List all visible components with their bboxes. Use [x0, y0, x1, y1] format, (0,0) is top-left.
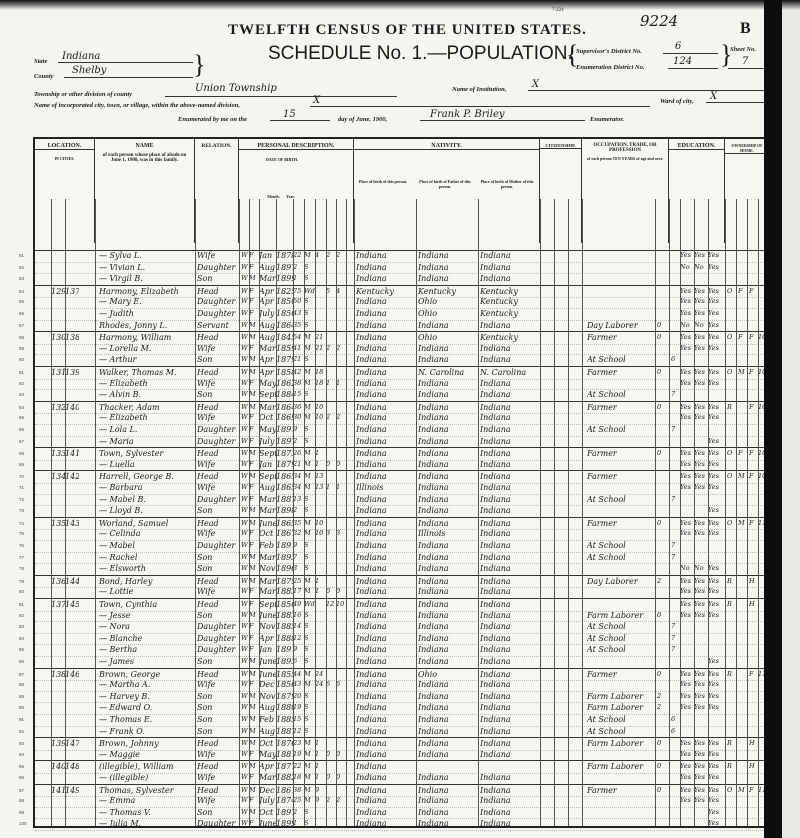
- cell-occupation: At School: [587, 354, 655, 366]
- cell-age: 1: [293, 273, 304, 285]
- cell-relation: Daughter: [197, 262, 237, 274]
- line-number: 88: [19, 679, 24, 691]
- cell-name: — Sylva L.: [99, 250, 193, 262]
- cell-write: Yes: [694, 296, 708, 308]
- cell-color: W: [241, 586, 249, 598]
- cell-sex: M: [249, 691, 258, 703]
- cell-relation: Wife: [197, 679, 237, 691]
- cell-mother-of: 0: [326, 772, 336, 784]
- cell-name: — Mabel B.: [99, 494, 193, 506]
- cell-month: Feb: [259, 540, 276, 552]
- cell-year: 1891: [276, 644, 293, 656]
- county-underline: [64, 77, 193, 78]
- cell-write: Yes: [694, 586, 708, 598]
- cell-sex: M: [249, 563, 258, 575]
- cell-birth: Indiana: [356, 691, 416, 703]
- cell-months-unemp: 2: [657, 691, 667, 703]
- cell-birth: Indiana: [356, 726, 416, 738]
- cell-read: Yes: [680, 250, 694, 262]
- cell-marital: S: [304, 726, 315, 738]
- cell-year: 1899: [276, 273, 293, 285]
- cell-living: 0: [336, 459, 346, 471]
- cell-name: — Lorella M.: [99, 343, 193, 355]
- cell-english: Yes: [708, 482, 722, 494]
- cell-living: 2: [336, 250, 346, 262]
- cell-living: 0: [336, 586, 346, 598]
- cell-relation: Son: [197, 691, 237, 703]
- cell-month: July: [259, 308, 276, 320]
- cell-age: 9: [293, 540, 304, 552]
- enumeration-label: Enumeration District No.: [576, 64, 644, 71]
- cell-write: No: [694, 563, 708, 575]
- line-number: 62: [19, 378, 24, 390]
- cell-name: — Luella: [99, 459, 193, 471]
- cell-english: Yes: [708, 528, 722, 540]
- cell-relation: Daughter: [197, 644, 237, 656]
- column-rule: [540, 199, 541, 826]
- institution-value: X: [532, 79, 539, 90]
- cell-read: Yes: [680, 610, 694, 622]
- cell-birth: Indiana: [356, 378, 416, 390]
- cell-months-unemp: 2: [657, 702, 667, 714]
- cell-read: No: [680, 262, 694, 274]
- cell-write: Yes: [694, 459, 708, 471]
- column-rule: [680, 199, 681, 826]
- cell-mother-birth: Indiana: [480, 726, 540, 738]
- cell-english: Yes: [708, 691, 722, 703]
- cell-marital: S: [304, 505, 315, 517]
- cell-birth: Indiana: [356, 540, 416, 552]
- cell-sex: F: [249, 296, 258, 308]
- cell-living: 1: [336, 482, 346, 494]
- column-rule: [694, 199, 695, 826]
- cell-english: Yes: [708, 262, 722, 274]
- cell-yrs-married: 1: [315, 772, 325, 784]
- cell-marital: M: [304, 412, 315, 424]
- cell-name: — (illegible): [99, 772, 193, 784]
- ward-label: Ward of city,: [660, 98, 694, 105]
- cell-color: W: [241, 610, 249, 622]
- cell-month: June: [259, 818, 276, 830]
- cell-write: Yes: [694, 482, 708, 494]
- cell-month: Jan: [259, 459, 276, 471]
- cell-occupation: At School: [587, 621, 655, 633]
- cell-age: 2: [293, 262, 304, 274]
- cell-sex: M: [249, 505, 258, 517]
- line-number: 86: [19, 656, 24, 668]
- cell-write: Yes: [694, 702, 708, 714]
- cell-age: 14: [293, 621, 304, 633]
- cell-father-birth: Indiana: [418, 644, 478, 656]
- cell-color: W: [241, 749, 249, 761]
- column-rule: [655, 199, 656, 826]
- cell-month: Mar: [259, 343, 276, 355]
- cell-month: Mar: [259, 552, 276, 564]
- cell-color: W: [241, 540, 249, 552]
- cell-yrs-married: 18: [315, 378, 325, 390]
- cell-father-birth: Indiana: [418, 262, 478, 274]
- cell-birth: Indiana: [356, 343, 416, 355]
- cell-year: 1878: [276, 250, 293, 262]
- cell-yrs-married: 1: [315, 459, 325, 471]
- cell-color: W: [241, 726, 249, 738]
- cell-father-birth: Indiana: [418, 795, 478, 807]
- cell-english: Yes: [708, 818, 722, 830]
- cell-birth: Indiana: [356, 424, 416, 436]
- cell-mother-birth: Kentucky: [480, 308, 540, 320]
- cell-birth: Indiana: [356, 262, 416, 274]
- cell-name: — Celinda: [99, 528, 193, 540]
- table-row: 100— Julia M.DaughterWFJune18991SIndiana…: [35, 818, 769, 831]
- cell-father-birth: Indiana: [418, 250, 478, 262]
- cell-month: Oct: [259, 412, 276, 424]
- cell-father-birth: Indiana: [418, 552, 478, 564]
- cell-year: 1879: [276, 691, 293, 703]
- cell-sex: F: [249, 818, 258, 830]
- cell-name: — Maggie: [99, 749, 193, 761]
- cell-read: Yes: [680, 749, 694, 761]
- cell-age: 16: [293, 610, 304, 622]
- cell-write: Yes: [694, 308, 708, 320]
- cell-occupation: At School: [587, 552, 655, 564]
- cell-relation: Son: [197, 563, 237, 575]
- cell-english: Yes: [708, 749, 722, 761]
- cell-month: Oct: [259, 528, 276, 540]
- cell-age: 1: [293, 818, 304, 830]
- population-table: LOCATION. IN CITIES. NAME of each person…: [33, 137, 771, 828]
- cell-english: Yes: [708, 459, 722, 471]
- cell-age: 9: [293, 424, 304, 436]
- cell-occupation: Farm Laborer: [587, 702, 655, 714]
- cell-school: 7: [671, 424, 679, 436]
- cell-sex: F: [249, 586, 258, 598]
- ward-value: X: [710, 91, 717, 102]
- cell-sex: M: [249, 807, 258, 819]
- line-number: 69: [19, 459, 24, 471]
- cell-yrs-married: 1: [315, 749, 325, 761]
- cell-month: July: [259, 795, 276, 807]
- enumerator-label: Enumerator.: [590, 116, 624, 123]
- cell-marital: S: [304, 633, 315, 645]
- cell-occupation: At School: [587, 633, 655, 645]
- cell-yrs-married: 1: [315, 586, 325, 598]
- cell-color: W: [241, 273, 249, 285]
- cell-living: 6: [336, 679, 346, 691]
- cell-mother-birth: Indiana: [480, 250, 540, 262]
- cell-age: 2: [293, 807, 304, 819]
- enumerated-day-underline: [270, 120, 330, 121]
- cell-year: 1867: [276, 528, 293, 540]
- cell-father-birth: Indiana: [418, 772, 478, 784]
- column-rule: [259, 199, 260, 826]
- cell-relation: Daughter: [197, 818, 237, 830]
- cell-mother-birth: Indiana: [480, 702, 540, 714]
- institution-label: Name of Institution,: [452, 86, 506, 93]
- cell-name: — Elizabeth: [99, 378, 193, 390]
- incorporated-label: Name of incorporated city, town, or vill…: [34, 102, 240, 109]
- cell-english: Yes: [708, 296, 722, 308]
- cell-marital: S: [304, 714, 315, 726]
- cell-birth: Indiana: [356, 459, 416, 471]
- cell-name: — Lloyd B.: [99, 505, 193, 517]
- cell-month: Mar: [259, 494, 276, 506]
- cell-age: 41: [293, 343, 304, 355]
- cell-mother-birth: Indiana: [480, 772, 540, 784]
- cell-relation: Son: [197, 656, 237, 668]
- cell-mother-birth: Indiana: [480, 563, 540, 575]
- cell-english: Yes: [708, 656, 722, 668]
- cell-sex: F: [249, 343, 258, 355]
- cell-father-birth: Indiana: [418, 412, 478, 424]
- cell-color: W: [241, 552, 249, 564]
- cell-marital: S: [304, 656, 315, 668]
- cell-age: 21: [293, 459, 304, 471]
- cell-months-unemp: 0: [657, 610, 667, 622]
- cell-birth: Indiana: [356, 308, 416, 320]
- cell-relation: Son: [197, 552, 237, 564]
- cell-occupation: At School: [587, 389, 655, 401]
- cell-occupation: At School: [587, 726, 655, 738]
- cell-relation: Wife: [197, 250, 237, 262]
- cell-read: Yes: [680, 378, 694, 390]
- column-rule: [336, 199, 337, 826]
- cell-father-birth: Indiana: [418, 714, 478, 726]
- cell-sex: F: [249, 679, 258, 691]
- cell-birth: Illinois: [356, 482, 416, 494]
- column-rule: [568, 199, 569, 826]
- cell-relation: Son: [197, 354, 237, 366]
- cell-marital: M: [304, 459, 315, 471]
- cell-color: W: [241, 795, 249, 807]
- sheet-value: 7: [742, 56, 748, 67]
- cell-write: Yes: [694, 691, 708, 703]
- supervisor-label: Supervisor's District No.: [576, 48, 642, 55]
- cell-mother-of: 3: [326, 528, 336, 540]
- cell-color: W: [241, 250, 249, 262]
- cell-age: 9: [293, 644, 304, 656]
- cell-month: Mar: [259, 586, 276, 598]
- cell-year: 1885: [276, 714, 293, 726]
- cell-year: 1882: [276, 772, 293, 784]
- line-number: 77: [19, 552, 24, 564]
- cell-month: June: [259, 656, 276, 668]
- cell-year: 1893: [276, 656, 293, 668]
- line-number: 71: [19, 482, 24, 494]
- cell-color: W: [241, 343, 249, 355]
- cell-mother-of: 0: [326, 749, 336, 761]
- cell-birth: Indiana: [356, 412, 416, 424]
- cell-age: 38: [293, 378, 304, 390]
- cell-sex: F: [249, 262, 258, 274]
- cell-relation: Wife: [197, 772, 237, 784]
- column-rule: [95, 199, 96, 826]
- cell-color: W: [241, 296, 249, 308]
- cell-write: Yes: [694, 412, 708, 424]
- line-number: 85: [19, 644, 24, 656]
- column-rule: [747, 199, 748, 826]
- cell-year: 1856: [276, 308, 293, 320]
- cell-relation: Wife: [197, 749, 237, 761]
- cell-name: — Bertha: [99, 644, 193, 656]
- cell-birth: Indiana: [356, 494, 416, 506]
- cell-relation: Son: [197, 389, 237, 401]
- column-rule: [326, 199, 327, 826]
- cell-age: 34: [293, 482, 304, 494]
- cell-color: W: [241, 459, 249, 471]
- cell-age: 18: [293, 772, 304, 784]
- cell-month: Nov: [259, 621, 276, 633]
- cell-relation: Son: [197, 714, 237, 726]
- cell-mother-of: 6: [326, 679, 336, 691]
- cell-mother-birth: Indiana: [480, 320, 540, 332]
- cell-month: May: [259, 378, 276, 390]
- cell-mother-birth: Indiana: [480, 482, 540, 494]
- cell-marital: M: [304, 482, 315, 494]
- cell-read: No: [680, 320, 694, 332]
- cell-year: 1850: [276, 296, 293, 308]
- cell-age: 17: [293, 586, 304, 598]
- cell-age: 19: [293, 749, 304, 761]
- cell-relation: Daughter: [197, 633, 237, 645]
- cell-mother-birth: Indiana: [480, 273, 540, 285]
- cell-relation: Son: [197, 726, 237, 738]
- cell-father-birth: Indiana: [418, 679, 478, 691]
- line-number: 91: [19, 714, 24, 726]
- cell-mother-of: 2: [326, 795, 336, 807]
- cell-relation: Daughter: [197, 494, 237, 506]
- cell-sex: F: [249, 795, 258, 807]
- cell-relation: Daughter: [197, 621, 237, 633]
- cell-month: July: [259, 436, 276, 448]
- cell-name: — Rachel: [99, 552, 193, 564]
- supervisor-value: 6: [675, 41, 681, 52]
- cell-name: — Maria: [99, 436, 193, 448]
- cell-school: 6: [671, 354, 679, 366]
- cell-sex: F: [249, 412, 258, 424]
- column-rule: [304, 199, 305, 826]
- header-relation: RELATION.: [195, 139, 239, 243]
- cell-color: W: [241, 528, 249, 540]
- cell-occupation: Day Laborer: [587, 320, 655, 332]
- cell-father-birth: Indiana: [418, 586, 478, 598]
- cell-write: Yes: [694, 250, 708, 262]
- cell-birth: Indiana: [356, 586, 416, 598]
- cell-marital: S: [304, 262, 315, 274]
- cell-relation: Wife: [197, 795, 237, 807]
- incorporated-value: X: [313, 95, 320, 106]
- cell-sex: F: [249, 308, 258, 320]
- cell-relation: Son: [197, 505, 237, 517]
- cell-age: 43: [293, 308, 304, 320]
- cell-yrs-married: 13: [315, 482, 325, 494]
- line-number: 51: [19, 250, 24, 262]
- line-number: 89: [19, 691, 24, 703]
- cell-color: W: [241, 656, 249, 668]
- column-rule: [758, 199, 759, 826]
- cell-father-birth: Indiana: [418, 320, 478, 332]
- cell-color: W: [241, 702, 249, 714]
- cell-name: — Julia M.: [99, 818, 193, 830]
- cell-sex: F: [249, 424, 258, 436]
- cell-year: 1862: [276, 378, 293, 390]
- cell-year: 1883: [276, 610, 293, 622]
- cell-year: 1881: [276, 749, 293, 761]
- column-rule: [554, 199, 555, 826]
- cell-mother-birth: Indiana: [480, 552, 540, 564]
- cell-read: Yes: [680, 691, 694, 703]
- cell-school: 7: [671, 644, 679, 656]
- cell-sex: M: [249, 273, 258, 285]
- cell-name: — Judith: [99, 308, 193, 320]
- cell-color: W: [241, 436, 249, 448]
- cell-mother-birth: Indiana: [480, 749, 540, 761]
- cell-father-birth: Ohio: [418, 308, 478, 320]
- cell-sex: F: [249, 644, 258, 656]
- cell-relation: Wife: [197, 586, 237, 598]
- cell-occupation: At School: [587, 494, 655, 506]
- cell-mother-of: 2: [326, 343, 336, 355]
- cell-mother-birth: Indiana: [480, 818, 540, 830]
- cell-living: 0: [336, 749, 346, 761]
- cell-english: Yes: [708, 308, 722, 320]
- column-rule: [293, 199, 294, 826]
- cell-father-birth: Indiana: [418, 273, 478, 285]
- sheet-letter: B: [740, 20, 751, 38]
- cell-name: — Blanche: [99, 633, 193, 645]
- cell-father-birth: Indiana: [418, 726, 478, 738]
- column-rule: [736, 199, 737, 826]
- cell-sex: F: [249, 494, 258, 506]
- cell-marital: M: [304, 772, 315, 784]
- cell-living: 2: [336, 795, 346, 807]
- cell-father-birth: Illinois: [418, 528, 478, 540]
- cell-year: 1885: [276, 621, 293, 633]
- cell-father-birth: Indiana: [418, 818, 478, 830]
- cell-sex: M: [249, 389, 258, 401]
- cell-mother-birth: Indiana: [480, 354, 540, 366]
- cell-name: — Mary E.: [99, 296, 193, 308]
- cell-father-birth: Indiana: [418, 807, 478, 819]
- cell-read: Yes: [680, 412, 694, 424]
- line-number: 57: [19, 320, 24, 332]
- cell-birth: Indiana: [356, 679, 416, 691]
- cell-age: 43: [293, 679, 304, 691]
- cell-read: Yes: [680, 308, 694, 320]
- cell-school: 7: [671, 494, 679, 506]
- cell-month: Mar: [259, 772, 276, 784]
- cell-age: 6: [293, 656, 304, 668]
- cell-color: W: [241, 412, 249, 424]
- cell-marital: M: [304, 749, 315, 761]
- cell-year: 1887: [276, 726, 293, 738]
- cell-year: 1856: [276, 679, 293, 691]
- cell-age: 20: [293, 691, 304, 703]
- cell-marital: S: [304, 610, 315, 622]
- census-title: TWELFTH CENSUS OF THE UNITED STATES.: [228, 22, 587, 39]
- cell-mother-birth: Indiana: [480, 343, 540, 355]
- cell-relation: Daughter: [197, 436, 237, 448]
- cell-english: Yes: [708, 436, 722, 448]
- cell-yrs-married: 4: [315, 250, 325, 262]
- column-rule: [582, 199, 583, 826]
- cell-father-birth: Indiana: [418, 656, 478, 668]
- cell-birth: Indiana: [356, 818, 416, 830]
- cell-color: W: [241, 818, 249, 830]
- cell-mother-birth: Indiana: [480, 378, 540, 390]
- line-number: 92: [19, 726, 24, 738]
- cell-name: — Lola L.: [99, 424, 193, 436]
- column-rule: [65, 199, 66, 826]
